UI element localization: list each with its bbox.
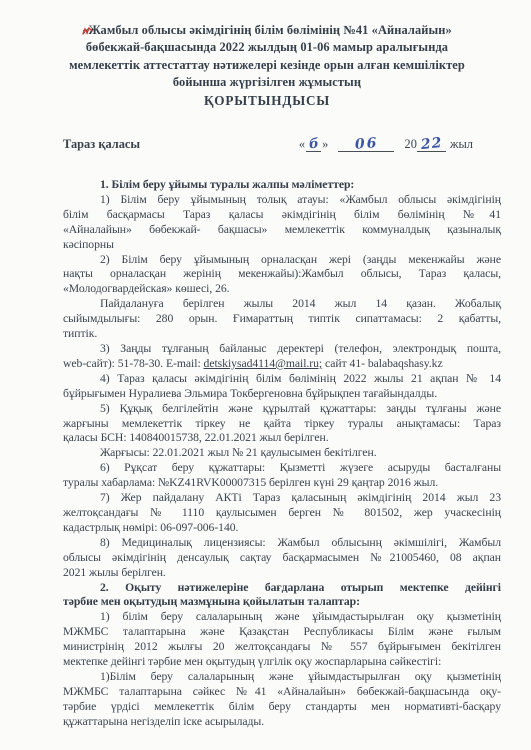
- paragraph: 2) Білім беру ұйымының орналасқан жері (…: [63, 253, 501, 298]
- text-line: 2. Оқыту нәтижелеріне бағдарлана отырып …: [63, 581, 501, 596]
- document-title-line: «Жамбыл облысы әкімдігінің білім бөлімін…: [33, 22, 501, 39]
- text-line: 7) Жер пайдалану АКТі Тараз қаласының әк…: [63, 491, 501, 506]
- document-page: «Жамбыл облысы әкімдігінің білім бөлімін…: [0, 0, 531, 750]
- handwritten-month-field: 06: [338, 138, 394, 152]
- text-line: Пайдалануға берілген жылы 2014 жыл 14 қа…: [63, 297, 501, 312]
- handwritten-year-field: 22: [417, 138, 446, 152]
- paragraph: 1)Білім беру салаларының және ұйымдастыр…: [63, 670, 501, 730]
- text-line: МЖМБС талаптарына сәйкес №41 «Айналайын»…: [63, 685, 501, 700]
- text-line: 8) Медициналық лицензиясы: Жамбыл облысы…: [63, 536, 501, 551]
- text-line: құжаттарына негізделіп іске асырылады.: [63, 715, 501, 730]
- paragraph: 4) Тараз қаласы әкімдігінің білім бөлімі…: [63, 372, 501, 402]
- place-date-row: Тараз қаласы «б» 06 2022жыл: [63, 137, 501, 152]
- text-line: нақты орналасқан жерінің мекенжайы):Жамб…: [63, 267, 501, 282]
- paragraph: 6) Рұқсат беру құжаттары: Қызметті жүзег…: [63, 461, 501, 491]
- open-quote: «: [299, 137, 305, 151]
- year-printed-prefix: 20: [405, 137, 417, 151]
- handwritten-year: 22: [420, 137, 443, 152]
- text-line: министрінің 2012 жылғы 20 желтоқсандағы …: [63, 640, 501, 655]
- text-line: 1. Білім беру ұйымы туралы жалпы мәлімет…: [63, 178, 501, 193]
- handwritten-month: 06: [354, 137, 378, 152]
- text-line: 2) Білім беру ұйымының орналасқан жері (…: [63, 253, 501, 268]
- text-line: тәрбие үрдісі мемлекеттік білім беру ста…: [63, 700, 501, 715]
- document-body: 1. Білім беру ұйымы туралы жалпы мәлімет…: [63, 178, 501, 730]
- text-line: web-сайт): 51-78-30. E-mail: detskiysad4…: [63, 357, 501, 372]
- text-line: «Айналайын» бөбекжай- бақшасы» мемлекетт…: [63, 223, 501, 238]
- text-line: мектепке дейінгі тәрбие мен оқытудың үлг…: [63, 655, 501, 670]
- text-line: 2021 жылы берілген.: [63, 566, 501, 581]
- text-line: желтоқсандағы № 1110 қаулысымен берген №…: [63, 506, 501, 521]
- text-line: Жарғысы: 22.01.2021 жыл № 21 қаулысымен …: [63, 446, 501, 461]
- text-line: 1) білім беру салаларының және ұйымдасты…: [63, 610, 501, 625]
- text-line: туралы хабарлама: №KZ41RVK00007315 беріл…: [63, 476, 501, 491]
- paragraph: 8) Медициналық лицензиясы: Жамбыл облысы…: [63, 536, 501, 581]
- text-line: 3) Заңды тұлғаның байланыс деректері (те…: [63, 342, 501, 357]
- section-heading: 1. Білім беру ұйымы туралы жалпы мәлімет…: [63, 178, 501, 193]
- text-line: бұйрығымен Нуралиева Эльмира Токбергенов…: [63, 387, 501, 402]
- close-quote: »: [322, 137, 328, 151]
- text-line: кадастрлық нөмірі: 06-097-006-140.: [63, 521, 501, 536]
- place-label: Тараз қаласы: [63, 137, 140, 152]
- text-segment: web-сайт): 51-78-30. E-mail:: [63, 357, 204, 370]
- document-title: «Жамбыл облысы әкімдігінің білім бөлімін…: [33, 22, 501, 109]
- text-segment: сайт 41- balabaqshasy.kz: [322, 357, 442, 370]
- text-line: облысы әкімдігінің денсаулық сақтау басқ…: [63, 551, 501, 566]
- paragraph: 7) Жер пайдалану АКТі Тараз қаласының әк…: [63, 491, 501, 536]
- paragraph: 1) білім беру салаларының және ұйымдасты…: [63, 610, 501, 670]
- text-line: 1)Білім беру салаларының және ұйымдастыр…: [63, 670, 501, 685]
- document-title-line: бөбекжай-бақшасында 2022 жылдың 01-06 ма…: [33, 39, 501, 56]
- text-line: жарғыны мемлекеттік тіркеу не қайта тірк…: [63, 417, 501, 432]
- text-line: кәсіпорны: [63, 238, 501, 253]
- text-line: білім басқармасы Тараз қаласы әкімдігіні…: [63, 208, 501, 223]
- date-line: «б» 06 2022жыл: [299, 137, 473, 152]
- handwritten-day: б: [308, 138, 319, 152]
- text-line: сыйымдылығы: 280 орын. Ғимараттың типтік…: [63, 312, 501, 327]
- text-line: 5) Құқық белгілейтін және құрылтай құжат…: [63, 402, 501, 417]
- text-line: 6) Рұқсат беру құжаттары: Қызметті жүзег…: [63, 461, 501, 476]
- text-line: типтік.: [63, 327, 501, 342]
- paragraph: 3) Заңды тұлғаның байланыс деректері (те…: [63, 342, 501, 372]
- paragraph: Пайдалануға берілген жылы 2014 жыл 14 қа…: [63, 297, 501, 342]
- document-title-conclusion: ҚОРЫТЫНДЫСЫ: [33, 92, 501, 109]
- date-suffix: жыл: [450, 137, 473, 151]
- text-line: 1) Білім беру ұйымының толық атауы: «Жам…: [63, 193, 501, 208]
- text-line: қаласы БСН: 140840015738, 22.01.2021 жыл…: [63, 431, 501, 446]
- paragraph: 1) Білім беру ұйымының толық атауы: «Жам…: [63, 193, 501, 253]
- document-title-line: бойынша жүргізілген жұмыстың: [33, 74, 501, 91]
- text-line: «Молодогвардейская» көшесі, 26.: [63, 282, 501, 297]
- text-line: 4) Тараз қаласы әкімдігінің білім бөлімі…: [63, 372, 501, 387]
- document-title-line: мемлекеттік аттестаттау нәтижелері кезін…: [33, 57, 501, 74]
- text-line: МЖМБС талаптарына және Қазақстан Республ…: [63, 625, 501, 640]
- paragraph: Жарғысы: 22.01.2021 жыл № 21 қаулысымен …: [63, 446, 501, 461]
- document-content: «Жамбыл облысы әкімдігінің білім бөлімін…: [0, 0, 531, 730]
- email-link[interactable]: detskiysad4114@mail.ru;: [204, 357, 323, 370]
- text-line: тәрбие мен оқытудың мазмұнына қойылатын …: [63, 595, 501, 610]
- paragraph: 5) Құқық белгілейтін және құрылтай құжат…: [63, 402, 501, 447]
- handwritten-day-field: б: [306, 137, 321, 152]
- section-heading: 2. Оқыту нәтижелеріне бағдарлана отырып …: [63, 581, 501, 611]
- red-ink-mark-icon: [82, 24, 93, 42]
